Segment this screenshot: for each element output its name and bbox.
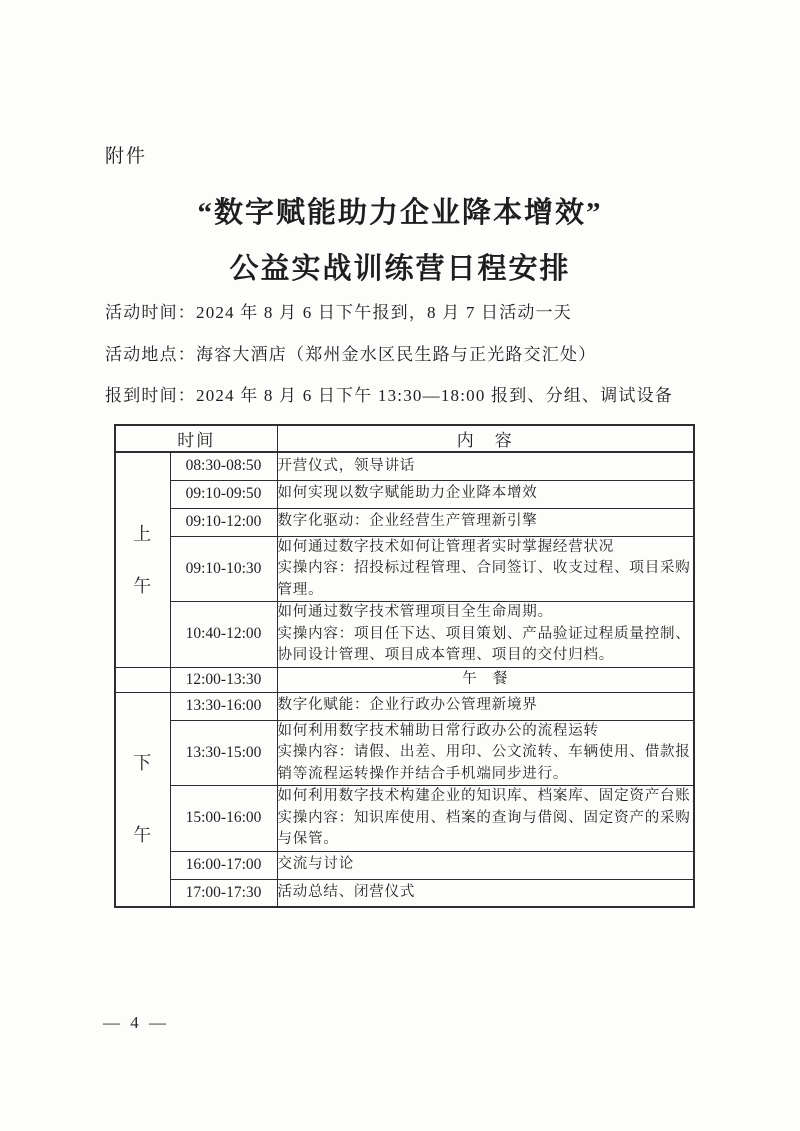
content-cell: 开营仪式，领导讲话 [277, 452, 694, 480]
info-activity-location: 活动地点：海容大酒店（郑州金水区民生路与正光路交汇处） [105, 340, 705, 365]
table-row: 15:00-16:00 如何利用数字技术构建企业的知识库、档案库、固定资产台账；… [115, 786, 694, 852]
document-page: 附件 “数字赋能助力企业降本增效” 公益实战训练营日程安排 活动时间：2024 … [0, 0, 800, 1131]
content-cell-lunch: 午 餐 [277, 667, 694, 692]
content-cell: 数字化赋能：企业行政办公管理新境界 [277, 692, 694, 720]
time-cell: 16:00-17:00 [170, 851, 277, 879]
time-cell: 13:30-16:00 [170, 692, 277, 720]
table-row-lunch: 12:00-13:30 午 餐 [115, 667, 694, 692]
period-afternoon-label: 下 午 [115, 692, 170, 907]
table-row: 10:40-12:00 如何通过数字技术管理项目全生命周期。 实操内容：项目任下… [115, 602, 694, 668]
table-row: 09:10-12:00 数字化驱动：企业经营生产管理新引擎 [115, 508, 694, 536]
info-activity-time: 活动时间：2024 年 8 月 6 日下午报到，8 月 7 日活动一天 [105, 298, 705, 323]
content-cell: 交流与讨论 [277, 851, 694, 879]
time-cell: 09:10-10:30 [170, 536, 277, 602]
content-cell: 如何利用数字技术构建企业的知识库、档案库、固定资产台账； 实操内容：知识库使用、… [277, 786, 694, 852]
time-cell: 17:00-17:30 [170, 879, 277, 907]
table-row: 下 午 13:30-16:00 数字化赋能：企业行政办公管理新境界 [115, 692, 694, 720]
table-row: 17:00-17:30 活动总结、闭营仪式 [115, 879, 694, 907]
table-row: 09:10-10:30 如何通过数字技术如何让管理者实时掌握经营状况 实操内容：… [115, 536, 694, 602]
table-row: 16:00-17:00 交流与讨论 [115, 851, 694, 879]
table-row: 上 午 08:30-08:50 开营仪式，领导讲话 [115, 452, 694, 480]
content-cell: 如何通过数字技术管理项目全生命周期。 实操内容：项目任下达、项目策划、产品验证过… [277, 602, 694, 668]
time-cell: 09:10-12:00 [170, 508, 277, 536]
period-spacer-cell [115, 667, 170, 692]
table-row: 13:30-15:00 如何利用数字技术辅助日常行政办公的流程运转 实操内容：请… [115, 720, 694, 786]
schedule-table: 时间 内 容 上 午 08:30-08:50 开营仪式，领导讲话 09:10-0… [114, 424, 695, 908]
time-cell: 08:30-08:50 [170, 452, 277, 480]
content-cell: 活动总结、闭营仪式 [277, 879, 694, 907]
time-cell: 09:10-09:50 [170, 480, 277, 508]
time-cell: 12:00-13:30 [170, 667, 277, 692]
period-morning-label: 上 午 [115, 452, 170, 667]
time-cell: 13:30-15:00 [170, 720, 277, 786]
content-cell: 如何实现以数字赋能助力企业降本增效 [277, 480, 694, 508]
document-title-line1: “数字赋能助力企业降本增效” [0, 190, 800, 231]
content-cell: 如何通过数字技术如何让管理者实时掌握经营状况 实操内容：招投标过程管理、合同签订… [277, 536, 694, 602]
time-cell: 15:00-16:00 [170, 786, 277, 852]
document-title-line2: 公益实战训练营日程安排 [0, 246, 800, 287]
info-checkin-time: 报到时间：2024 年 8 月 6 日下午 13:30—18:00 报到、分组、… [105, 381, 705, 406]
column-header-content: 内 容 [277, 425, 694, 452]
content-cell: 如何利用数字技术辅助日常行政办公的流程运转 实操内容：请假、出差、用印、公文流转… [277, 720, 694, 786]
table-header-row: 时间 内 容 [115, 425, 694, 452]
table-row: 09:10-09:50 如何实现以数字赋能助力企业降本增效 [115, 480, 694, 508]
content-cell: 数字化驱动：企业经营生产管理新引擎 [277, 508, 694, 536]
time-cell: 10:40-12:00 [170, 602, 277, 668]
attachment-label: 附件 [105, 141, 147, 168]
page-number: — 4 — [103, 1013, 169, 1033]
column-header-time: 时间 [115, 425, 277, 452]
